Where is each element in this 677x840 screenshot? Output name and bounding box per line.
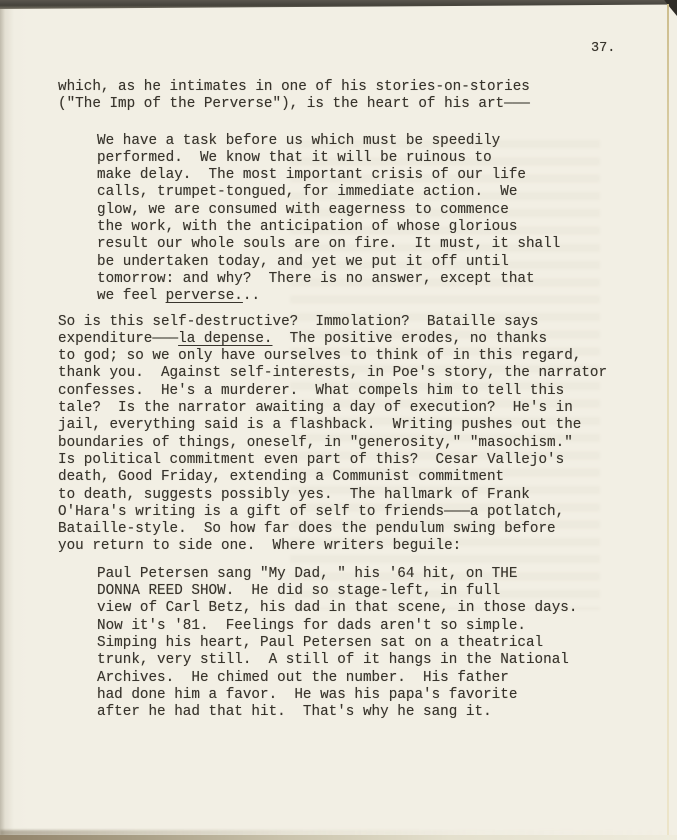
text-line: you return to side one. Where writers be…	[58, 538, 643, 555]
scanned-typescript-page: 37. which, as he intimates in one of his…	[0, 0, 677, 840]
text-line: be undertaken today, and yet we put it o…	[97, 254, 643, 271]
block-quote-petersen: Paul Petersen sang "My Dad, " his '64 hi…	[97, 566, 643, 722]
page-right-edge-line	[667, 4, 669, 840]
text-line: Is political commitment even part of thi…	[58, 452, 643, 469]
text-line: jail, everything said is a flashback. Wr…	[58, 417, 643, 434]
scan-edge-top	[0, 0, 677, 9]
block-quote-poe: We have a task before us which must be s…	[97, 133, 643, 306]
page-number: 37.	[591, 41, 615, 56]
underlined-text: perverse.	[166, 288, 243, 304]
text-line: view of Carl Betz, his dad in that scene…	[97, 600, 643, 617]
text-line: death, Good Friday, extending a Communis…	[58, 469, 643, 486]
text-line: O'Hara's writing is a gift of self to fr…	[58, 504, 643, 521]
text-line: performed. We know that it will be ruino…	[97, 150, 643, 167]
text-line: result our whole souls are on fire. It m…	[97, 236, 643, 253]
text-line: after he had that hit. That's why he san…	[97, 704, 643, 721]
binding-shadow	[0, 0, 30, 840]
underlined-text: la depense.	[178, 331, 272, 347]
text-line: We have a task before us which must be s…	[97, 133, 643, 150]
text-line: make delay. The most important crisis of…	[97, 167, 643, 184]
text-line: Bataille-style. So how far does the pend…	[58, 521, 643, 538]
text-line: to death, suggests possibly yes. The hal…	[58, 487, 643, 504]
text-line: tale? Is the narrator awaiting a day of …	[58, 400, 643, 417]
text-line: thank you. Against self-interests, in Po…	[58, 365, 643, 382]
text-line: glow, we are consumed with eagerness to …	[97, 202, 643, 219]
text-line: the work, with the anticipation of whose…	[97, 219, 643, 236]
text-line: Paul Petersen sang "My Dad, " his '64 hi…	[97, 566, 643, 583]
text-line: had done him a favor. He was his papa's …	[97, 687, 643, 704]
page-text-block: which, as he intimates in one of his sto…	[58, 79, 643, 721]
text-line: trunk, very still. A still of it hangs i…	[97, 652, 643, 669]
text-line: Archives. He chimed out the number. His …	[97, 670, 643, 687]
text-line: calls, trumpet-tongued, for immediate ac…	[97, 184, 643, 201]
text-line: Now it's '81. Feelings for dads aren't s…	[97, 618, 643, 635]
paragraph-intro: which, as he intimates in one of his sto…	[58, 79, 643, 114]
text-line: ("The Imp of the Perverse"), is the hear…	[58, 96, 643, 113]
text-line: So is this self-destructive? Immolation?…	[58, 314, 643, 331]
paragraph-discussion: So is this self-destructive? Immolation?…	[58, 314, 643, 556]
text-line: to god; so we only have ourselves to thi…	[58, 348, 643, 365]
text-line: Simping his heart, Paul Petersen sat on …	[97, 635, 643, 652]
text-line: expenditure———la depense. The positive e…	[58, 331, 643, 348]
text-line: boundaries of things, oneself, in "gener…	[58, 435, 643, 452]
text-line: we feel perverse...	[97, 288, 643, 305]
text-line: DONNA REED SHOW. He did so stage-left, i…	[97, 583, 643, 600]
text-line: which, as he intimates in one of his sto…	[58, 79, 643, 96]
text-line: tomorrow: and why? There is no answer, e…	[97, 271, 643, 288]
text-line: confesses. He's a murderer. What compels…	[58, 383, 643, 400]
scan-edge-bottom	[0, 835, 677, 840]
